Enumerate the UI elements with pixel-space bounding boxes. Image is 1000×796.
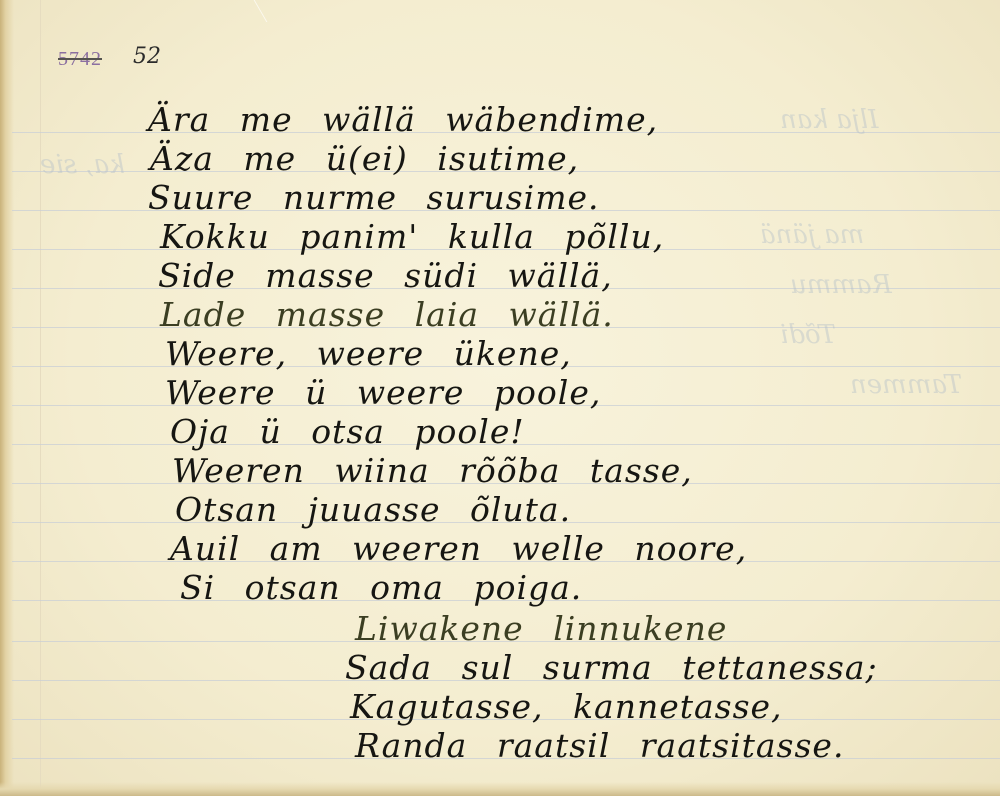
poem-line: Auil am weeren welle noore, [170,529,747,568]
poem-line: Oja ü otsa poole! [170,412,525,451]
manuscript-page: Ilja kan ma jänä ka, sie Rammu Tõdi Tamm… [0,0,1000,796]
paper-crease [224,0,268,22]
poem-line: Kokku panim' kulla põllu, [160,217,664,256]
poem-line: Kagutasse, kannetasse, [350,687,783,726]
archive-stamp: 5742 [58,48,102,71]
poem-line: Suure nurme surusime. [148,178,600,217]
poem-line: Randa raatsil raatsitasse. [355,726,844,765]
poem-line: Weere, weere ükene, [165,334,572,373]
poem-line: Weere ü weere poole, [165,373,601,412]
poem-line: Otsan juuasse õluta. [175,490,571,529]
poem-line: Lade masse laia wällä. [160,295,614,334]
bleed-through-text: Tammen [850,370,962,400]
poem-line: Sada sul surma tettanessa; [345,648,878,687]
bleed-through-text: ma jänä [760,220,864,250]
bleed-through-text: Tõdi [780,320,836,350]
bleed-through-text: Rammu [790,270,892,300]
poem-line: Weeren wiina rõõba tasse, [172,451,693,490]
bleed-through-text: ka, sie [40,150,125,180]
poem-line: Side masse südi wällä, [158,256,613,295]
poem-line: Ära me wällä wäbendime, [148,100,658,139]
poem-line: Liwakene linnukene [355,609,727,648]
poem-line: Si otsan oma poiga. [180,568,582,607]
margin-line [40,0,41,796]
folio-number: 52 [133,44,161,69]
poem-line: Äza me ü(ei) isutime, [150,139,579,178]
stamp-number: 5742 [58,48,102,70]
bleed-through-text: Ilja kan [780,105,878,135]
